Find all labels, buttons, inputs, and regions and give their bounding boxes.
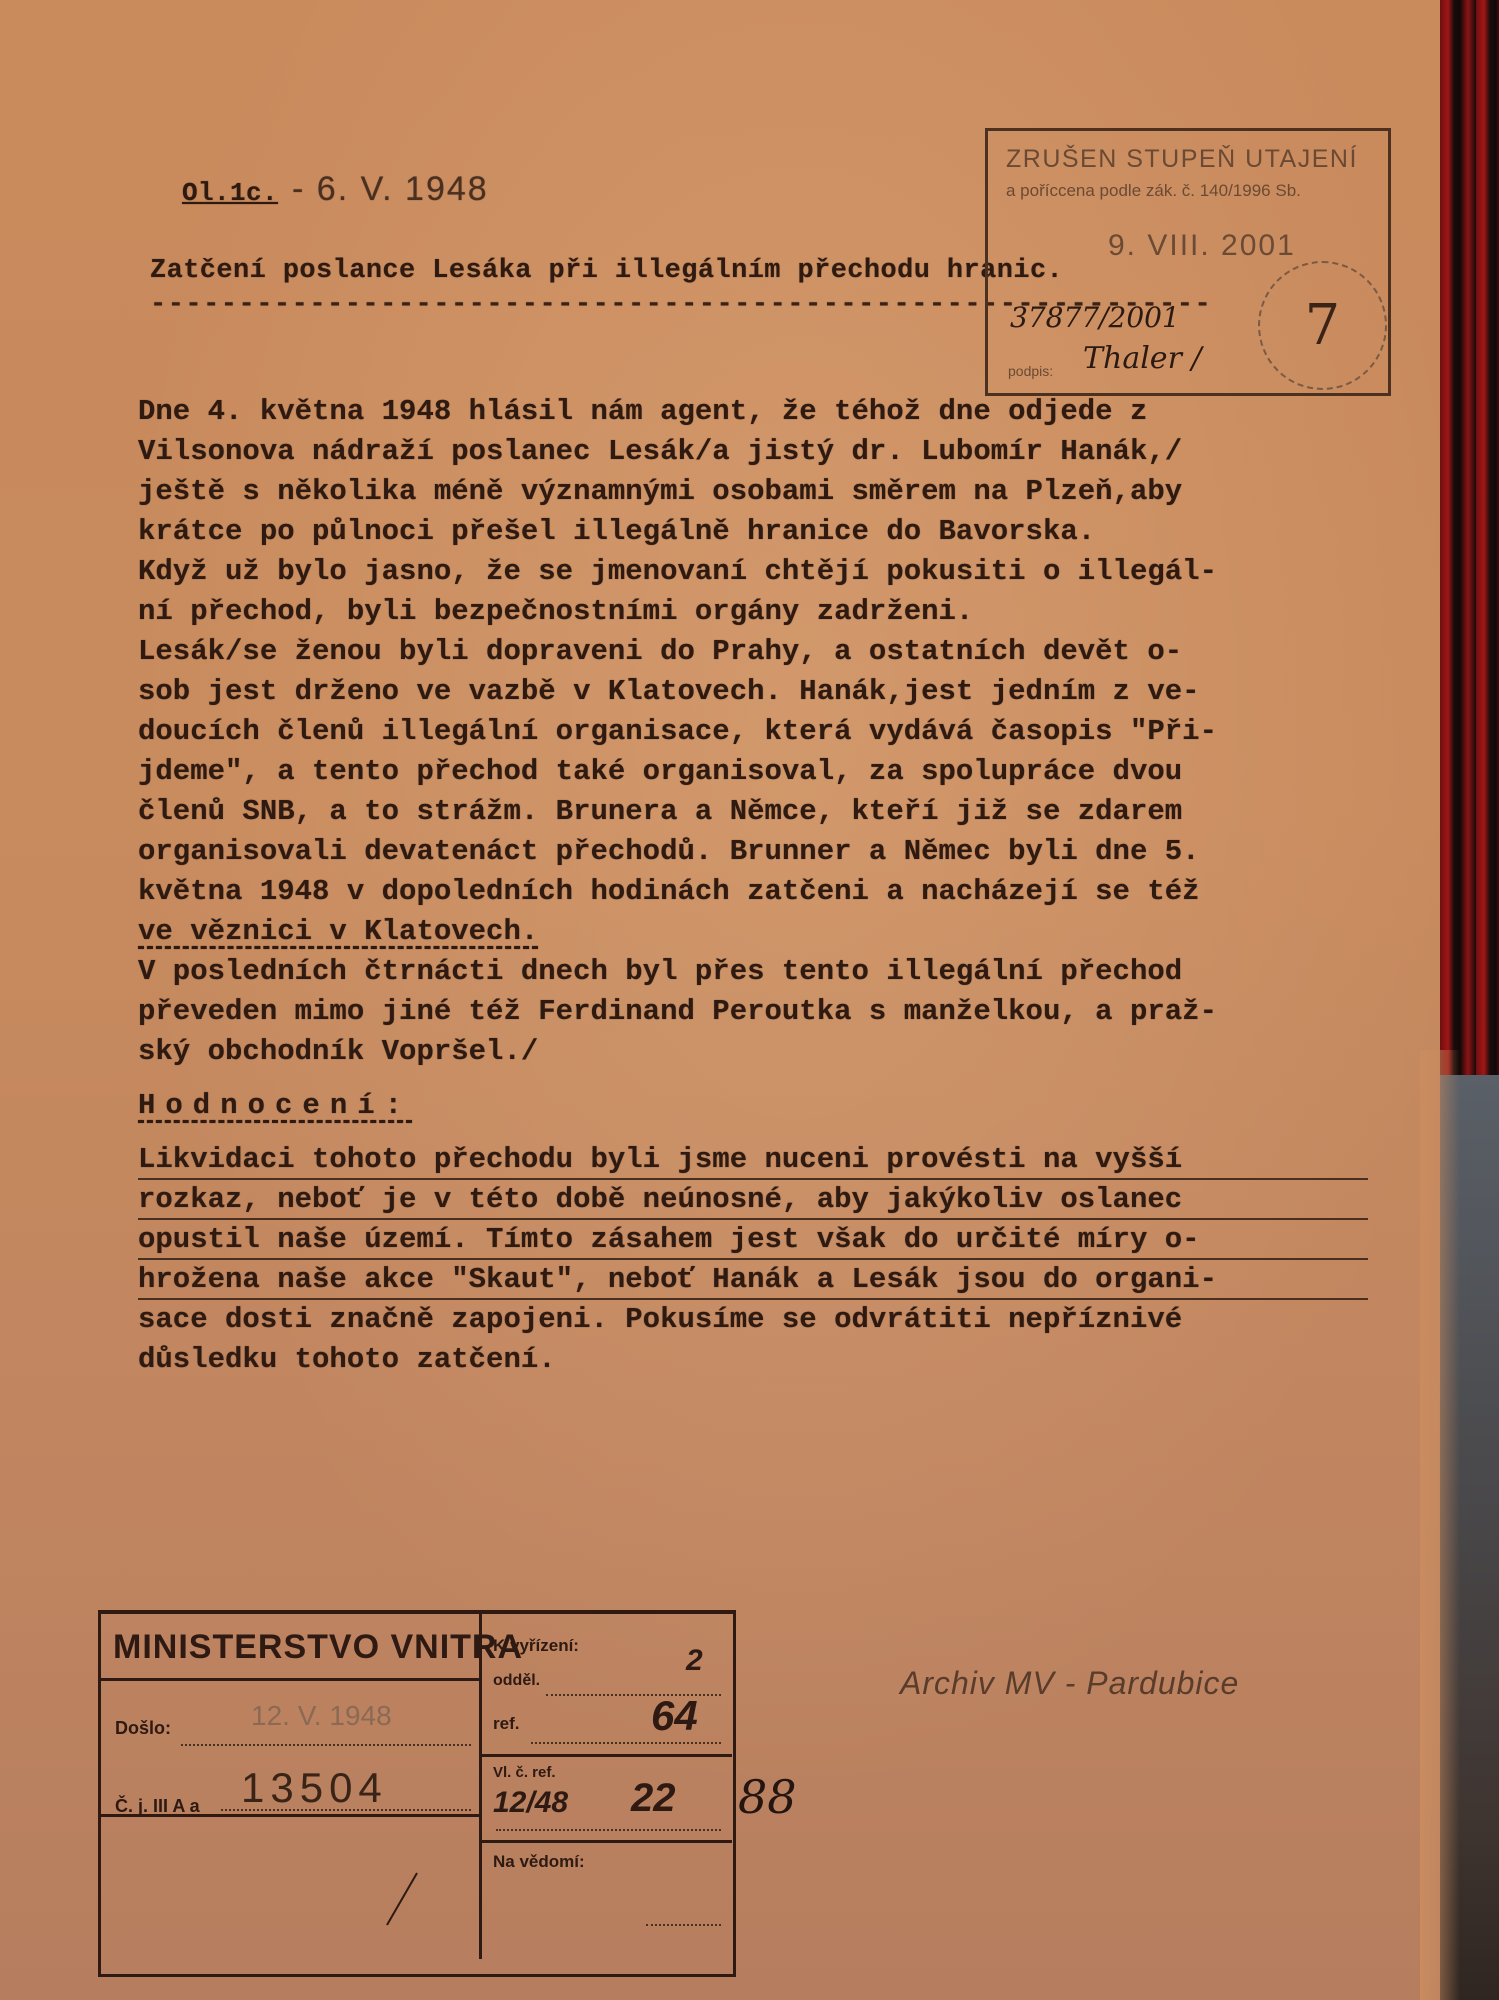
stamp-heading: ZRUŠEN STUPEŇ UTAJENÍ (1006, 145, 1358, 174)
evaluation-line: rozkaz, neboť je v této době neúnosné, a… (138, 1180, 1368, 1220)
stamp-signature-label: podpis: (1008, 363, 1053, 379)
evaluation-line: hrožena naše akce "Skaut", neboť Hanák a… (138, 1260, 1368, 1300)
vl-ref-value-2: 22 (631, 1776, 676, 1821)
k-vyrizeni-label: K vyřízení: (493, 1636, 579, 1656)
number-value: 13504 (241, 1764, 388, 1812)
section-gap (138, 1072, 1368, 1086)
stamp-number: 37877/2001 (1010, 301, 1180, 334)
body-line: jdeme", a tento přechod také organisoval… (138, 752, 1368, 792)
body-line: převeden mimo jiné též Ferdinand Peroutk… (138, 992, 1368, 1032)
number-label: Č. j. III A a (115, 1796, 200, 1817)
stamp-date: 9. VIII. 2001 (1108, 229, 1296, 263)
seal-number: 7 (1305, 293, 1341, 358)
document-title: Zatčení poslance Lesáka při illegálním p… (150, 256, 1063, 286)
vl-ref-label: Vl. č. ref. (493, 1764, 556, 1781)
section-gap (138, 1126, 1368, 1140)
stamp-signature: Thaler / (1083, 341, 1202, 376)
body-line: doucích členů illegální organisace, kter… (138, 712, 1368, 752)
evaluation-line: sace dosti značně zapojeni. Pokusíme se … (138, 1300, 1368, 1340)
round-seal: 7 (1258, 261, 1387, 390)
document-body: Dne 4. května 1948 hlásil nám agent, že … (138, 392, 1368, 1380)
ref-label: ref. (493, 1714, 519, 1734)
reference-line: Ol.1c.- 6. V. 1948 (150, 140, 489, 209)
body-line: členů SNB, a to strážm. Brunera a Němce,… (138, 792, 1368, 832)
reference-date-stamp: - 6. V. 1948 (292, 170, 489, 208)
body-line: ještě s několika méně významnými osobami… (138, 472, 1368, 512)
body-line: ve věznici v Klatovech. (138, 912, 1368, 952)
na-vedomi-label: Na vědomí: (493, 1852, 585, 1872)
evaluation-line: opustil naše území. Tímto zásahem jest v… (138, 1220, 1368, 1260)
registry-header: MINISTERSTVO VNITRA (113, 1628, 523, 1667)
registry-stamp: MINISTERSTVO VNITRA Došlo: 12. V. 1948 Č… (98, 1610, 736, 1977)
received-value: 12. V. 1948 (251, 1700, 392, 1732)
binding-cord (1440, 0, 1499, 1075)
body-line: Vilsonova nádraží poslanec Lesák/a jistý… (138, 432, 1368, 472)
declassification-stamp: ZRUŠEN STUPEŇ UTAJENÍ a poříccena podle … (985, 128, 1391, 396)
body-line: sob jest drženo ve vazbě v Klatovech. Ha… (138, 672, 1368, 712)
body-line: Když už bylo jasno, že se jmenovaní chtě… (138, 552, 1368, 592)
received-label: Došlo: (115, 1718, 171, 1739)
ref-value: 64 (651, 1692, 698, 1740)
body-line: Lesák/se ženou byli dopraveni do Prahy, … (138, 632, 1368, 672)
body-line: V posledních čtrnácti dnech byl přes ten… (138, 952, 1368, 992)
stamp-legal-basis: a poříccena podle zák. č. 140/1996 Sb. (1006, 181, 1301, 201)
body-line: května 1948 v dopoledních hodinách zatče… (138, 872, 1368, 912)
vl-ref-value: 12/48 (493, 1786, 568, 1820)
k-vyrizeni-value: 2 (686, 1644, 703, 1678)
body-line: krátce po půlnoci přešel illegálně hrani… (138, 512, 1368, 552)
archive-note: Archiv MV - Pardubice (900, 1665, 1239, 1702)
body-line: organisovali devatenáct přechodů. Brunne… (138, 832, 1368, 872)
evaluation-line: Likvidaci tohoto přechodu byli jsme nuce… (138, 1140, 1368, 1180)
paper-edge (1420, 1050, 1460, 2000)
reference-number: Ol.1c. (182, 178, 278, 208)
body-line: ský obchodník Vopršel./ (138, 1032, 1368, 1072)
body-line: Dne 4. května 1948 hlásil nám agent, že … (138, 392, 1368, 432)
margin-annotation: 88 (738, 1770, 797, 1824)
evaluation-line: důsledku tohoto zatčení. (138, 1340, 1368, 1380)
department-label: odděl. (493, 1672, 540, 1690)
body-line: ní přechod, byli bezpečnostními orgány z… (138, 592, 1368, 632)
evaluation-heading: Hodnocení: (138, 1086, 1368, 1126)
